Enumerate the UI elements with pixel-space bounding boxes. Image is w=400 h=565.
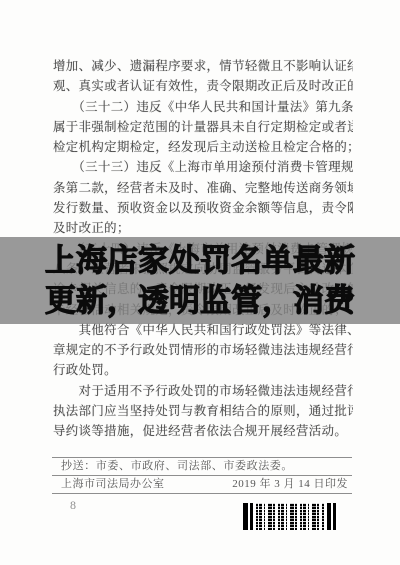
doc-line: 检定机构定期检定，经发现后主动送检且检定合格的； — [53, 137, 353, 157]
doc-line: 执法部门应当坚持处罚与教育相结合的原则，通过批评教育、指 — [53, 401, 353, 421]
doc-line: 观、真实或者认证有效性，责令限期改正后及时改正的； — [53, 76, 353, 96]
headline-line-1: 上海店家处罚名单最新 — [45, 241, 355, 281]
doc-line: （三十二）违反《中华人民共和国计量法》第九条第二款， — [53, 97, 353, 117]
cc-line: 抄送：市委、市政府、司法部、市委政法委。 — [52, 458, 352, 476]
doc-line: 条第二款，经营者未及时、准确、完整地传送商务领域单用途卡 — [53, 178, 353, 198]
page-number: 8 — [70, 498, 78, 513]
barcode-icon — [243, 503, 338, 530]
doc-line: 对于适用不予行政处罚的市场轻微违法违规经营行为，行政 — [53, 381, 353, 401]
issuer-row: 上海市司法局办公室 2019 年 3 月 14 日印发 — [52, 476, 352, 493]
doc-line: 发行数量、预收资金以及预收资金余额等信息，责令限期改正后 — [53, 198, 353, 218]
doc-line: 行政处罚。 — [53, 360, 353, 380]
issuer-office: 上海市司法局办公室 — [61, 476, 165, 493]
doc-line: 增加、减少、遗漏程序要求，情节轻微且不影响认证结论的客 — [53, 56, 353, 76]
barcode-pattern — [256, 503, 325, 530]
scanned-document-page: 增加、减少、遗漏程序要求，情节轻微且不影响认证结论的客 观、真实或者认证有效性，… — [0, 0, 400, 565]
doc-line: 属于非强制检定范围的计量器具未自行定期检定或者送其他计量 — [53, 117, 353, 137]
doc-line: 及时改正的； — [53, 218, 353, 238]
doc-line: （三十三）违反《上海市单用途预付消费卡管理规定》第十 — [53, 157, 353, 177]
barcode-guard-right — [325, 503, 338, 530]
headline-line-2: 更新，透明监管，消费 — [45, 281, 355, 321]
headline-overlay-banner: 上海店家处罚名单最新 更新，透明监管，消费 — [0, 237, 400, 324]
print-date: 2019 年 3 月 14 日印发 — [232, 476, 348, 493]
doc-line: 导约谈等措施，促进经营者依法合规开展经营活动。 — [53, 421, 353, 441]
barcode-guard-left — [243, 503, 256, 530]
doc-line: 章规定的不予行政处罚情形的市场轻微违法违规经营行为，不予 — [53, 340, 353, 360]
footer-box: 抄送：市委、市政府、司法部、市委政法委。 上海市司法局办公室 2019 年 3 … — [52, 457, 352, 494]
